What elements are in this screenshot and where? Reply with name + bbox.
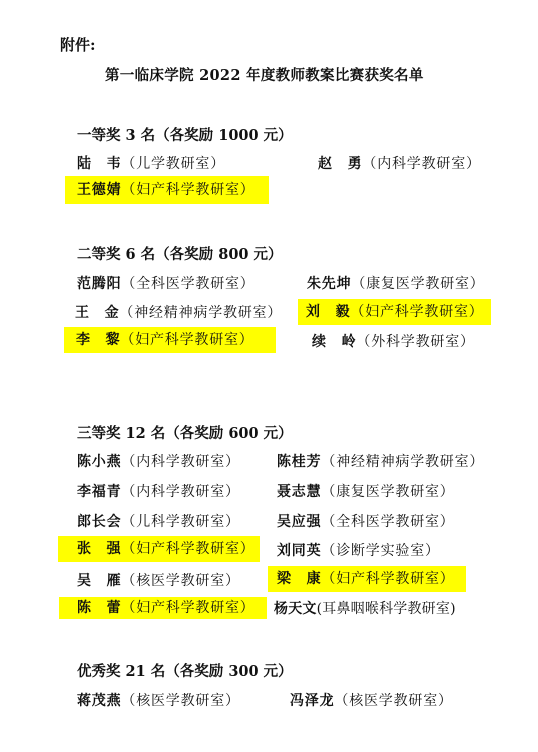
awardee-dept: （妇产科学教研室） xyxy=(121,182,254,198)
list-item: 聂志慧（康复医学教研室） xyxy=(277,481,455,501)
awardee-name: 吴 雁 xyxy=(77,573,121,589)
awardee-name: 王 金 xyxy=(75,305,119,321)
awardee-name: 陈小燕 xyxy=(77,454,121,470)
awardee-dept: （核医学教研室） xyxy=(121,693,239,709)
list-item: 杨天文(耳鼻咽喉科学教研室) xyxy=(274,598,456,618)
awardee-dept: （全科医学教研室） xyxy=(321,514,454,530)
awardee-name: 陈桂芳 xyxy=(277,454,321,470)
awardee-name: 聂志慧 xyxy=(277,484,321,500)
awardee-dept: （康复医学教研室） xyxy=(321,484,454,500)
awardee-name: 郎长会 xyxy=(77,514,121,530)
list-item: 蒋茂燕（核医学教研室） xyxy=(77,690,240,710)
list-item: 赵 勇（内科学教研室） xyxy=(318,153,481,173)
list-item: 王 金（神经精神病学教研室） xyxy=(75,302,282,322)
awardee-name: 刘同英 xyxy=(277,543,321,559)
awardee-name: 王德婧 xyxy=(77,182,121,198)
awardee-dept: （全科医学教研室） xyxy=(121,276,254,292)
awardee-dept: （妇产科学教研室） xyxy=(120,332,253,348)
awardee-dept: （内科学教研室） xyxy=(121,484,239,500)
list-item-highlighted: 王德婧（妇产科学教研室） xyxy=(65,176,269,204)
awardee-dept: （神经精神病学教研室） xyxy=(119,305,282,321)
attachment-label: 附件: xyxy=(60,34,96,55)
document-title: 第一临床学院 2022 年度教师教案比赛获奖名单 xyxy=(105,64,424,85)
awardee-dept: （内科学教研室） xyxy=(362,156,480,172)
list-item-highlighted: 陈 蕾（妇产科学教研室） xyxy=(59,597,267,619)
awardee-dept: （妇产科学教研室） xyxy=(321,571,454,587)
list-item: 吴 雁（核医学教研室） xyxy=(77,570,240,590)
awardee-name: 吴应强 xyxy=(277,514,321,530)
list-item: 陈桂芳（神经精神病学教研室） xyxy=(277,451,484,471)
awardee-dept: （核医学教研室） xyxy=(121,573,239,589)
list-item-highlighted: 张 强（妇产科学教研室） xyxy=(58,536,260,562)
section-heading: 三等奖 12 名（各奖励 600 元） xyxy=(77,422,293,443)
list-item: 郎长会（儿科学教研室） xyxy=(77,511,240,531)
awardee-name: 陈 蕾 xyxy=(77,600,121,616)
awardee-dept: （核医学教研室） xyxy=(334,693,452,709)
awardee-dept: （妇产科学教研室） xyxy=(121,600,254,616)
list-item: 朱先坤（康复医学教研室） xyxy=(307,273,485,293)
awardee-name: 范腾阳 xyxy=(77,276,121,292)
list-item: 续 岭（外科学教研室） xyxy=(312,331,475,351)
awardee-dept: (耳鼻咽喉科学教研室) xyxy=(317,601,456,617)
list-item: 范腾阳（全科医学教研室） xyxy=(77,273,255,293)
awardee-dept: （内科学教研室） xyxy=(121,454,239,470)
awardee-dept: （儿科学教研室） xyxy=(121,514,239,530)
section-heading: 一等奖 3 名（各奖励 1000 元） xyxy=(77,124,293,145)
awardee-dept: （诊断学实验室） xyxy=(321,543,439,559)
awardee-name: 朱先坤 xyxy=(307,276,351,292)
awardee-dept: （妇产科学教研室） xyxy=(350,304,483,320)
list-item-highlighted: 刘 毅（妇产科学教研室） xyxy=(298,299,491,325)
awardee-name: 杨天文 xyxy=(274,601,317,617)
awardee-name: 蒋茂燕 xyxy=(77,693,121,709)
awardee-name: 陆 韦 xyxy=(77,156,121,172)
awardee-name: 李福青 xyxy=(77,484,121,500)
awardee-dept: （康复医学教研室） xyxy=(351,276,484,292)
list-item-highlighted: 李 黎（妇产科学教研室） xyxy=(64,327,276,353)
section-heading: 二等奖 6 名（各奖励 800 元） xyxy=(77,243,283,264)
awardee-name: 李 黎 xyxy=(76,332,120,348)
awardee-name: 梁 康 xyxy=(277,571,321,587)
section-heading: 优秀奖 21 名（各奖励 300 元） xyxy=(77,660,293,681)
awardee-name: 刘 毅 xyxy=(306,304,350,320)
awardee-dept: （儿学教研室） xyxy=(121,156,225,172)
awardee-dept: （妇产科学教研室） xyxy=(121,541,254,557)
awardee-name: 赵 勇 xyxy=(318,156,362,172)
list-item: 刘同英（诊断学实验室） xyxy=(277,540,440,560)
awardee-dept: （外科学教研室） xyxy=(356,334,474,350)
awardee-name: 续 岭 xyxy=(312,334,356,350)
list-item: 陈小燕（内科学教研室） xyxy=(77,451,240,471)
list-item-highlighted: 梁 康（妇产科学教研室） xyxy=(268,566,466,592)
awardee-name: 张 强 xyxy=(77,541,121,557)
awardee-name: 冯泽龙 xyxy=(290,693,334,709)
awardee-dept: （神经精神病学教研室） xyxy=(321,454,484,470)
list-item: 李福青（内科学教研室） xyxy=(77,481,240,501)
list-item: 吴应强（全科医学教研室） xyxy=(277,511,455,531)
list-item: 冯泽龙（核医学教研室） xyxy=(290,690,453,710)
list-item: 陆 韦（儿学教研室） xyxy=(77,153,225,173)
